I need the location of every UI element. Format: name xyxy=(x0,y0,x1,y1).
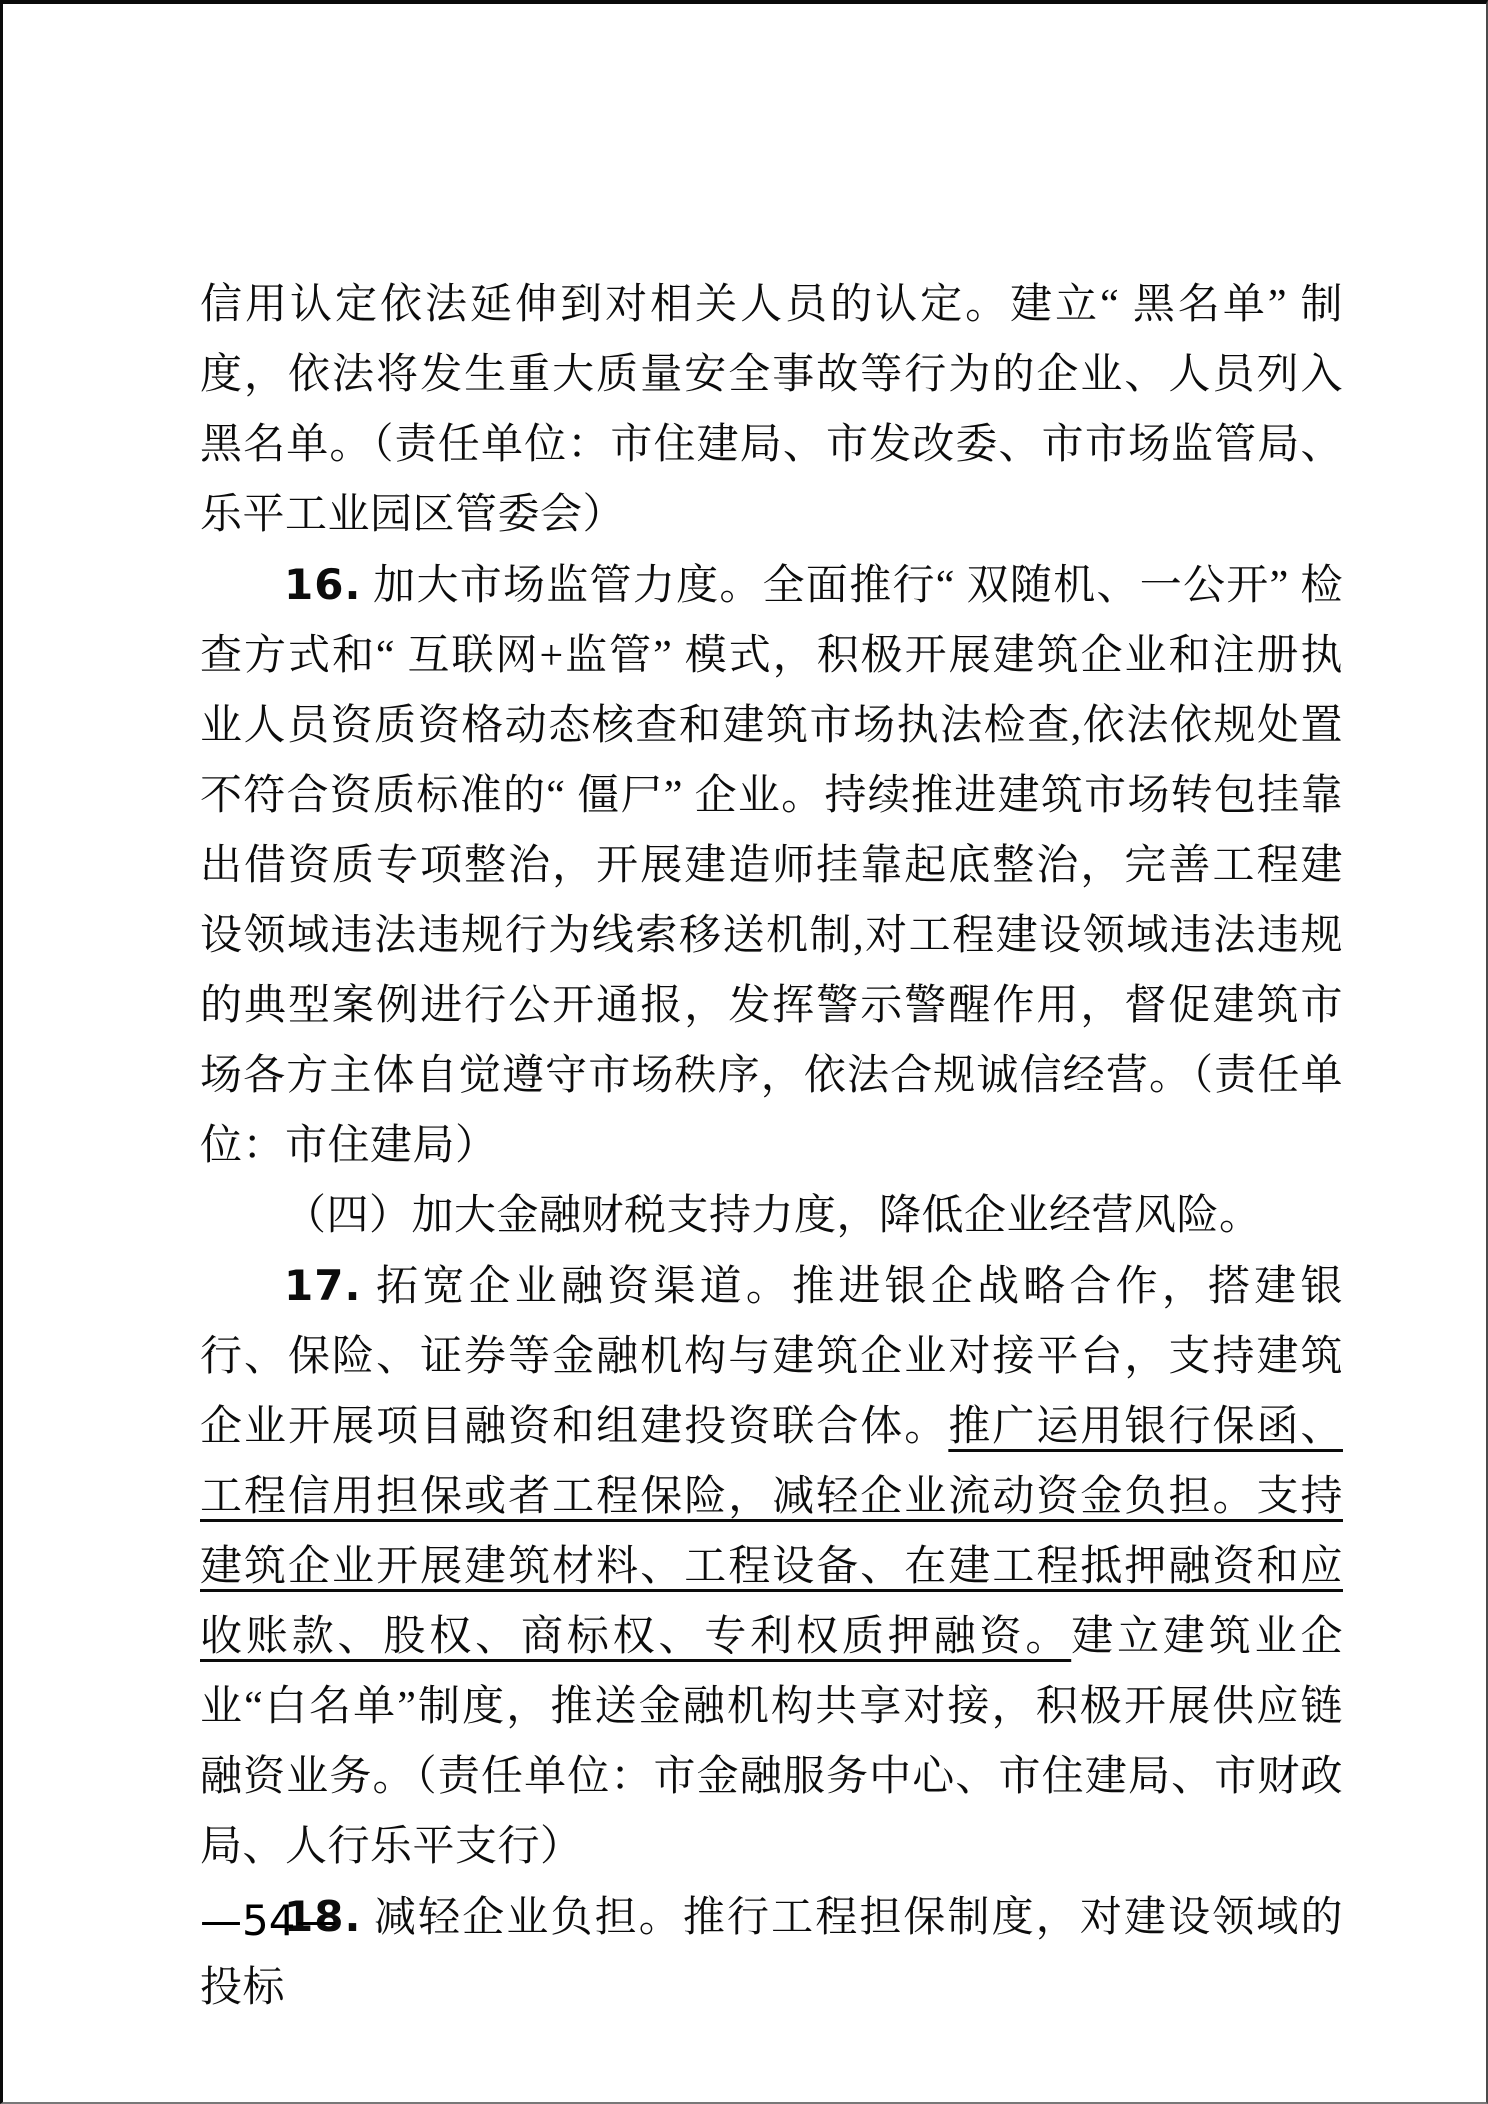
paragraph-17-financing-channels: 17. 拓宽企业融资渠道。推进银企战略合作，搭建银行、保险、证券等金融机构与建筑… xyxy=(200,1251,1343,1882)
item-18-text: 减轻企业负担。推行工程担保制度，对建设领域的投标 xyxy=(200,1895,1343,2011)
document-page: 信用认定依法延伸到对相关人员的认定。建立“ 黑名单” 制度，依法将发生重大质量安… xyxy=(0,0,1488,2104)
paragraph-16-market-supervision: 16. 加大市场监管力度。全面推行“ 双随机、一公开” 检查方式和“ 互联网+监… xyxy=(200,550,1343,1181)
document-text-block: 信用认定依法延伸到对相关人员的认定。建立“ 黑名单” 制度，依法将发生重大质量安… xyxy=(200,270,1343,2023)
item-16-number: 16. xyxy=(284,560,361,609)
page-number: —54— xyxy=(200,1897,337,1945)
paragraph-blacklist-continuation: 信用认定依法延伸到对相关人员的认定。建立“ 黑名单” 制度，依法将发生重大质量安… xyxy=(200,270,1343,550)
paragraph-18-reduce-burden: 18. 减轻企业负担。推行工程担保制度，对建设领域的投标 xyxy=(200,1882,1343,2023)
section-heading-4-finance-support: （四）加大金融财税支持力度，降低企业经营风险。 xyxy=(200,1181,1343,1251)
item-16-text: 加大市场监管力度。全面推行“ 双随机、一公开” 检查方式和“ 互联网+监管” 模… xyxy=(200,563,1343,1169)
item-17-number: 17. xyxy=(284,1261,361,1310)
